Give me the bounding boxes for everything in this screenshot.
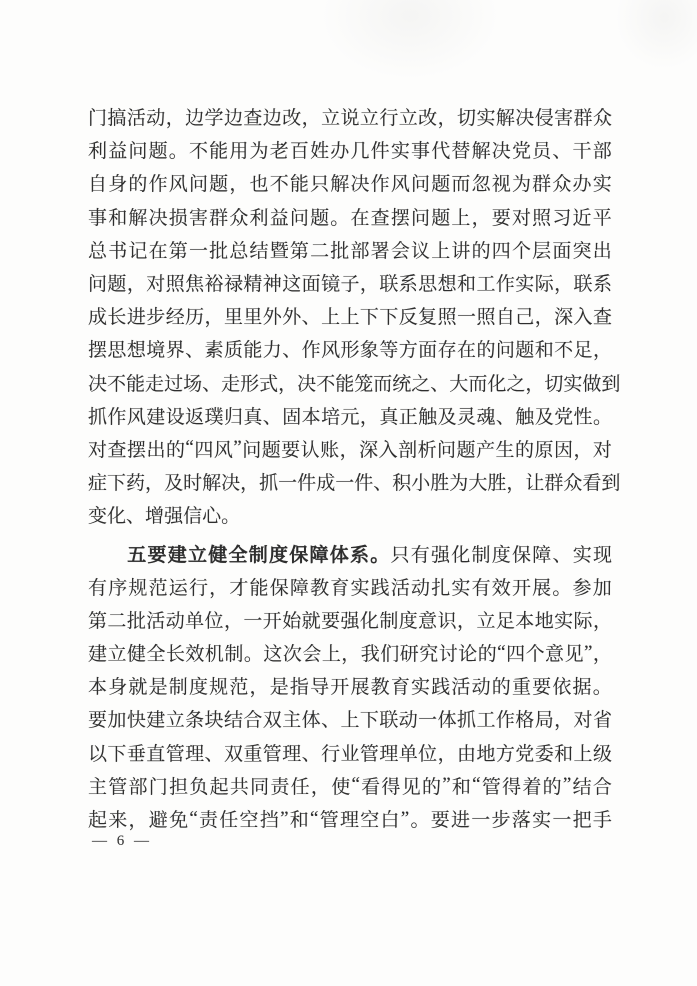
text-line: 建立健全长效机制。这次会上，我们研究讨论的“四个意见”， — [88, 636, 612, 669]
text-line: 门搞活动，边学边查边改，立说立行立改，切实解决侵害群众 — [88, 100, 612, 133]
text-line: 起来，避免“责任空挡”和“管理空白”。要进一步落实一把手 — [88, 802, 612, 835]
body-text: 门搞活动，边学边查边改，立说立行立改，切实解决侵害群众利益问题。不能用为老百姓办… — [88, 100, 612, 835]
page-number: — 6 — — [92, 833, 152, 850]
text-line: 利益问题。不能用为老百姓办几件实事代替解决党员、干部 — [88, 133, 612, 166]
text-line: 以下垂直管理、双重管理、行业管理单位，由地方党委和上级 — [88, 736, 612, 769]
paragraph-continuation: 门搞活动，边学边查边改，立说立行立改，切实解决侵害群众利益问题。不能用为老百姓办… — [88, 100, 612, 531]
text-line: 要加快建立条块结合双主体、上下联动一体抓工作格局，对省 — [88, 702, 612, 735]
text-line: 自身的作风问题，也不能只解决作风问题而忽视为群众办实 — [88, 166, 612, 199]
text-line: 抓作风建设返璞归真、固本培元，真正触及灵魂、触及党性。 — [88, 399, 612, 432]
text-line: 变化、增强信心。 — [88, 498, 612, 531]
text-line: 第二批活动单位，一开始就要强化制度意识，立足本地实际， — [88, 603, 612, 636]
text-line: 成长进步经历，里里外外、上上下下反复照一照自己，深入查 — [88, 299, 612, 332]
text-line: 对查摆出的“四风”问题要认账，深入剖析问题产生的原因，对 — [88, 432, 612, 465]
text-line: 症下药，及时解决，抓一件成一件、积小胜为大胜，让群众看到 — [88, 465, 612, 498]
text-line: 事和解决损害群众利益问题。在查摆问题上，要对照习近平 — [88, 200, 612, 233]
text-line: 决不能走过场、走形式，决不能笼而统之、大而化之，切实做到 — [88, 366, 612, 399]
text-line: 本身就是制度规范，是指导开展教育实践活动的重要依据。 — [88, 669, 612, 702]
scan-noise-artifact — [615, 0, 697, 70]
scan-noise-artifact — [320, 0, 500, 80]
paragraph-point-five: 五要建立健全制度保障体系。只有强化制度保障、实现有序规范运行，才能保障教育实践活… — [88, 536, 612, 835]
text-line: 总书记在第一批总结暨第二批部署会议上讲的四个层面突出 — [88, 233, 612, 266]
scanned-document-page: { "document": { "kind": "scanned officia… — [0, 0, 697, 986]
text-line: 有序规范运行，才能保障教育实践活动扎实有效开展。参加 — [88, 570, 612, 603]
text-line: 摆思想境界、素质能力、作风形象等方面存在的问题和不足， — [88, 332, 612, 365]
text-line: 五要建立健全制度保障体系。只有强化制度保障、实现 — [88, 536, 612, 569]
text-line: 问题，对照焦裕禄精神这面镜子，联系思想和工作实际，联系 — [88, 266, 612, 299]
text-line: 主管部门担负起共同责任，使“看得见的”和“管得着的”结合 — [88, 769, 612, 802]
